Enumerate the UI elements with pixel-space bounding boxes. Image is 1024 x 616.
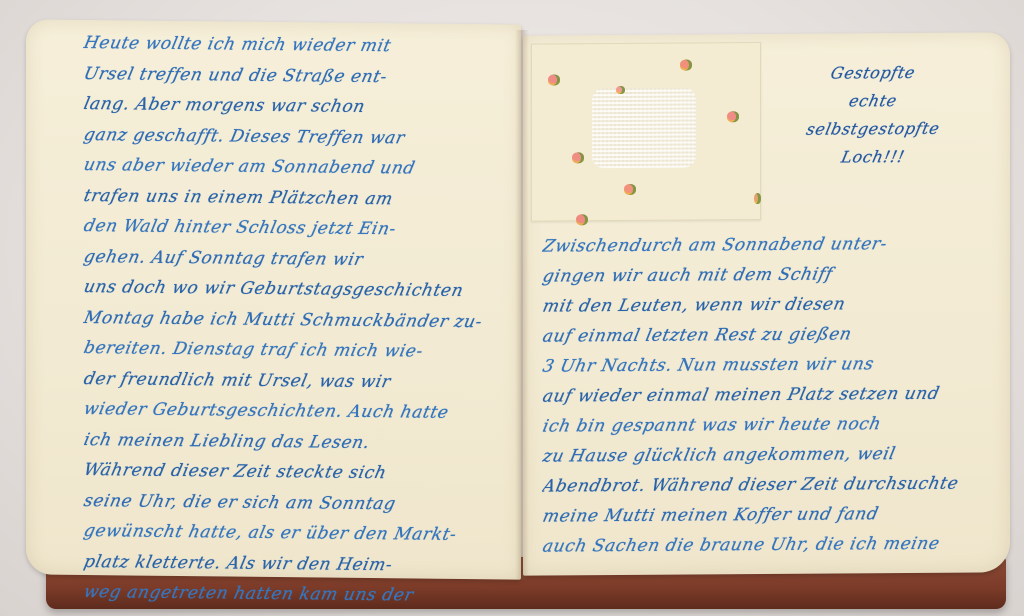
right-page: Gestopfte echte selbstgestopfte Loch!!! … xyxy=(523,32,1010,575)
handwritten-line: trafen uns in einem Plätzchen am xyxy=(81,181,507,216)
handwritten-line: mit den Leuten, wenn wir diesen xyxy=(540,288,996,321)
handwritten-line: lang. Aber morgens war schon xyxy=(81,89,507,124)
handwritten-line: gingen wir auch mit dem Schiff xyxy=(540,258,996,291)
handwritten-line: ich meinen Liebling das Lesen. xyxy=(81,425,507,460)
polka-dot xyxy=(624,184,636,195)
handwritten-line: ich bin gespannt was wir heute noch xyxy=(540,408,996,441)
handwritten-line: seine Uhr, die er sich am Sonntag xyxy=(81,486,507,521)
fabric-swatch xyxy=(531,42,761,222)
polka-dot xyxy=(572,152,584,163)
handwritten-line: platz kletterte. Als wir den Heim- xyxy=(81,547,507,582)
handwritten-line: gehen. Auf Sonntag trafen wir xyxy=(81,242,507,277)
swatch-note: Gestopfte echte selbstgestopfte Loch!!! xyxy=(773,59,973,172)
handwritten-line: Zwischendurch am Sonnabend unter- xyxy=(540,228,996,261)
handwritten-line: uns aber wieder am Sonnabend und xyxy=(81,150,507,185)
handwritten-line: Während dieser Zeit steckte sich xyxy=(81,455,507,490)
polka-dot xyxy=(616,86,625,94)
polka-dot xyxy=(576,214,588,225)
handwritten-line: der freundlich mit Ursel, was wir xyxy=(81,364,507,399)
note-line: echte xyxy=(770,87,976,116)
notebook: Heute wollte ich mich wieder mit Ursel t… xyxy=(26,22,1010,588)
handwritten-line: gewünscht hatte, als er über den Markt- xyxy=(81,516,507,551)
handwritten-line: auf einmal letzten Rest zu gießen xyxy=(540,318,996,351)
note-line: selbstgestopfte xyxy=(770,115,976,144)
handwritten-line: zu Hause glücklich angekommen, weil xyxy=(540,438,996,471)
polka-dot xyxy=(727,111,739,122)
handwritten-line: Heute wollte ich mich wieder mit xyxy=(81,28,507,63)
handwritten-line: meine Mutti meinen Koffer und fand xyxy=(540,498,996,531)
handwritten-line: wieder Geburtsgeschichten. Auch hatte xyxy=(81,394,507,429)
handwritten-line: ganz geschafft. Dieses Treffen war xyxy=(81,120,507,155)
polka-dot xyxy=(680,60,692,71)
handwritten-line: Montag habe ich Mutti Schmuckbänder zu- xyxy=(81,303,507,338)
note-line: Gestopfte xyxy=(770,59,976,88)
handwritten-line: auch Sachen die braune Uhr, die ich mein… xyxy=(540,528,996,561)
handwritten-line: weg angetreten hatten kam uns der xyxy=(81,577,507,612)
handwritten-line: uns doch wo wir Geburtstagsgeschichten xyxy=(81,272,507,307)
darned-patch xyxy=(592,87,696,168)
left-page-text: Heute wollte ich mich wieder mit Ursel t… xyxy=(84,28,504,612)
handwritten-line: bereiten. Dienstag traf ich mich wie- xyxy=(81,333,507,368)
handwritten-line: auf wieder einmal meinen Platz setzen un… xyxy=(540,378,996,411)
book-gutter xyxy=(515,30,529,580)
note-line: Loch!!! xyxy=(770,143,976,172)
right-page-text: Zwischendurch am Sonnabend unter- gingen… xyxy=(543,228,993,561)
handwritten-line: den Wald hinter Schloss jetzt Ein- xyxy=(81,211,507,246)
handwritten-line: Ursel treffen und die Straße ent- xyxy=(81,59,507,94)
handwritten-line: Abendbrot. Während dieser Zeit durchsuch… xyxy=(540,468,996,501)
polka-dot xyxy=(754,193,761,204)
left-page: Heute wollte ich mich wieder mit Ursel t… xyxy=(26,19,521,579)
polka-dot xyxy=(548,74,560,85)
handwritten-line: 3 Uhr Nachts. Nun mussten wir uns xyxy=(540,348,996,381)
